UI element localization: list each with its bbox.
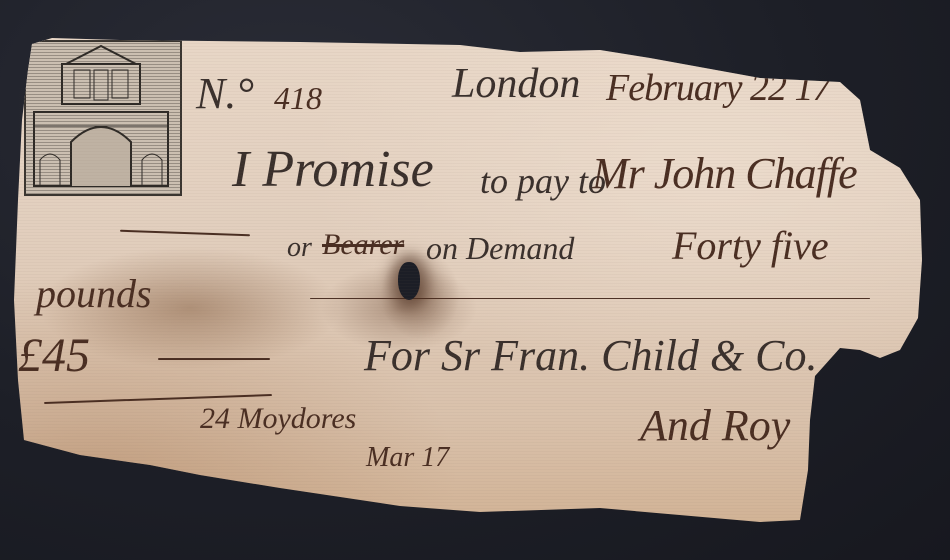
amount-rule xyxy=(310,298,870,299)
amount-figure: £45 xyxy=(18,328,90,383)
number-label: N.° xyxy=(196,68,254,119)
flourish-line xyxy=(120,230,250,237)
burn-hole xyxy=(398,262,420,300)
date-annotation: Mar 17 xyxy=(366,442,449,474)
ink-stain xyxy=(380,250,460,340)
bearer-prefix: or xyxy=(287,232,312,264)
issuer-line: For Sr Fran. Child & Co. xyxy=(364,330,818,381)
promise-text: to pay to xyxy=(480,160,606,202)
bearer-word-struck: Bearer xyxy=(322,228,404,262)
figure-underline xyxy=(44,394,272,404)
figure-dash xyxy=(158,358,270,360)
archway-icon xyxy=(26,42,176,190)
demand-text: on Demand xyxy=(426,230,574,267)
payee-name: Mr John Chaffe xyxy=(592,148,857,199)
temple-bar-engraving xyxy=(24,40,182,196)
promise-heading: I Promise xyxy=(232,140,434,199)
place-text: London xyxy=(452,60,580,108)
coin-annotation: 24 Moydores xyxy=(200,402,356,436)
amount-in-words: Forty five xyxy=(672,222,829,269)
note-number: 418 xyxy=(274,80,322,117)
amount-in-words-pounds: pounds xyxy=(36,270,152,317)
cashier-signature: And Roy xyxy=(640,400,790,451)
